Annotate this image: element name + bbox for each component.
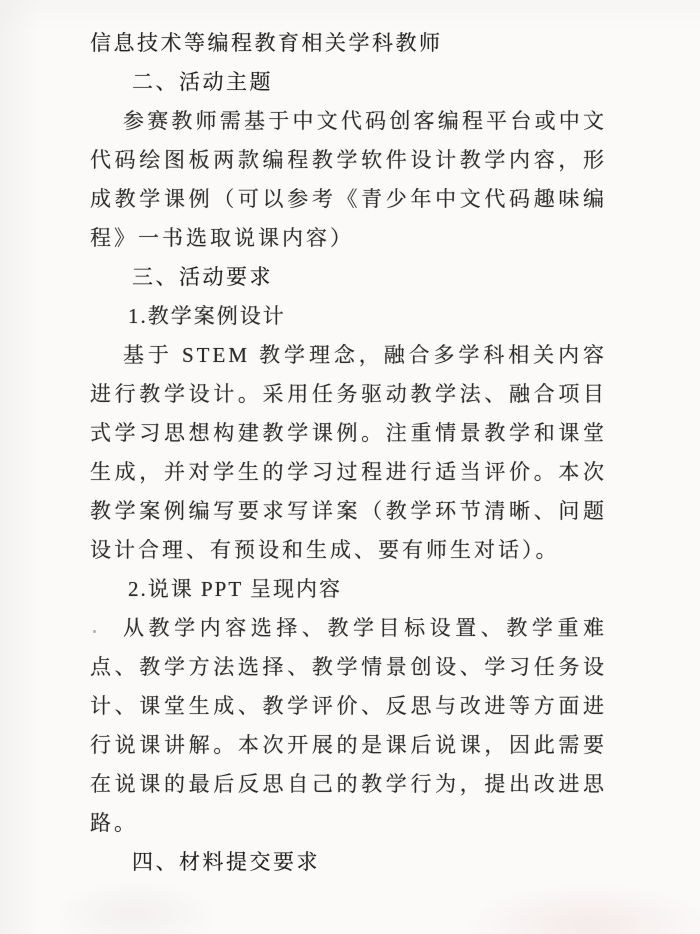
section-heading-activity-theme: 二、活动主题 (90, 63, 607, 102)
paragraph-activity-theme: 参赛教师需基于中文代码创客编程平台或中文代码绘图板两款编程教学软件设计教学内容，… (90, 102, 607, 258)
paragraph-lecture-ppt-content: 从教学内容选择、教学目标设置、教学重难点、教学方法选择、教学情景创设、学习任务设… (90, 609, 607, 843)
scan-speck (93, 630, 96, 633)
scanned-document-page: 信息技术等编程教育相关学科教师 二、活动主题 参赛教师需基于中文代码创客编程平台… (0, 0, 700, 934)
section-heading-activity-requirements: 三、活动要求 (90, 258, 607, 297)
paragraph-teaching-case-design: 基于 STEM 教学理念，融合多学科相关内容进行教学设计。采用任务驱动教学法、融… (90, 336, 607, 570)
subheading-lecture-ppt-content: 2.说课 PPT 呈现内容 (90, 570, 607, 609)
subheading-teaching-case-design: 1.教学案例设计 (90, 297, 607, 336)
section-heading-material-submission: 四、材料提交要求 (90, 843, 607, 882)
document-text-block: 信息技术等编程教育相关学科教师 二、活动主题 参赛教师需基于中文代码创客编程平台… (90, 24, 607, 882)
paragraph-continuation-line: 信息技术等编程教育相关学科教师 (90, 24, 607, 63)
